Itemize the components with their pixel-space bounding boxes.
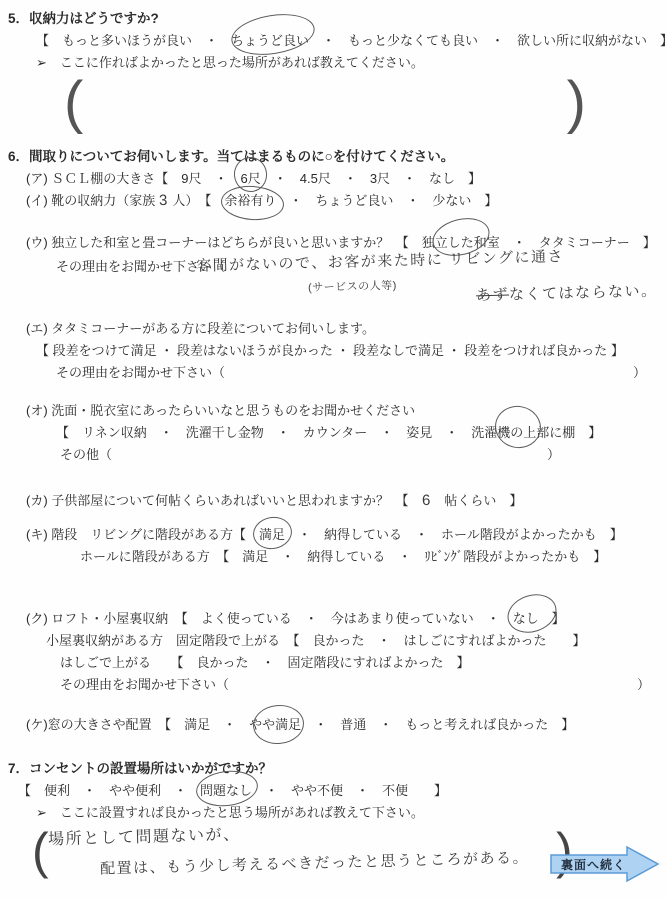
q6b-p2: 人） 【 bbox=[169, 193, 225, 208]
survey-content: 5．収納力はどうですか? 【 もっと多いほうが良い ・ ちょうど良い ・ もっと… bbox=[0, 0, 667, 890]
q7-circled-choice: 問題なし bbox=[200, 780, 252, 802]
q6c-reason-area: その理由をお聞かせ下さい（ 客間がないので、お客が来た時に リビングに通さ (サ… bbox=[56, 256, 659, 318]
q5-options-post: ・ もっと少なくても良い ・ 欲しい所に収納がない 】 bbox=[309, 33, 667, 48]
q5-answer-area: ( ) bbox=[64, 78, 586, 130]
q6d-reason-row: その理由をお聞かせ下さい（ ） bbox=[56, 362, 646, 384]
q6g-pre: (キ) 階段 リビングに階段がある方【 bbox=[26, 527, 259, 542]
q6h-row3: はしごで上がる 【 良かった ・ 固定階段にすればよかった 】 bbox=[60, 652, 659, 674]
q5-prompt: ➢ ここに作ればよかったと思った場所があれば教えてください。 bbox=[36, 52, 659, 74]
q6h-pre: (ク) ロフト・小屋裏収納 【 よく使っている ・ 今はあまり使っていない ・ bbox=[26, 611, 513, 626]
q6a-circled-choice: 6尺 bbox=[241, 168, 261, 190]
q6f-row: (カ) 子供部屋について何帖くらいあればいいと思われますか？ 【 6 帖くらい … bbox=[26, 490, 659, 512]
q6h-row1: (ク) ロフト・小屋裏収納 【 よく使っている ・ 今はあまり使っていない ・ … bbox=[26, 608, 659, 630]
q6d-line1: (エ) タタミコーナーがある方に段差についてお伺いします。 bbox=[26, 318, 659, 340]
q7-handwritten-line2: 配置は、もう少し考えるべきだったと思うところがある。 bbox=[100, 846, 529, 878]
q5-options: 【 もっと多いほうが良い ・ ちょうど良い ・ もっと少なくても良い ・ 欲しい… bbox=[36, 30, 659, 52]
q6f-post: 帖くらい 】 bbox=[431, 493, 522, 508]
q6f-pre: (カ) 子供部屋について何帖くらいあればいいと思われますか？ 【 bbox=[26, 493, 422, 508]
q5-title: 5．収納力はどうですか? bbox=[8, 8, 659, 30]
q6h-reason-row: その理由をお聞かせ下さい（ ） bbox=[60, 674, 650, 696]
q6h-circled-label: なし bbox=[513, 611, 539, 626]
q7-circled-label: 問題なし bbox=[200, 783, 252, 798]
q7-prompt: ➢ ここに設置すれば良かったと思う場所があれば教えて下さい。 bbox=[36, 802, 659, 824]
q6e-other-row: その他（ ） bbox=[60, 444, 560, 466]
q6i-row: (ケ)窓の大きさや配置 【 満足 ・ やや満足 ・ 普通 ・ もっと考えれば良か… bbox=[26, 714, 659, 736]
q6a-post: ・ 4.5尺 ・ 3尺 ・ なし 】 bbox=[261, 171, 481, 186]
q6i-post: ・ 普通 ・ もっと考えれば良かった 】 bbox=[301, 717, 574, 732]
q7-title: 7．コンセントの設置場所はいかがですか？ bbox=[8, 758, 659, 780]
q6i-circled-choice: やや満足 bbox=[249, 714, 301, 736]
q7-answer-paren-left: ( bbox=[32, 824, 49, 878]
q6e-pre: 【 リネン収納 ・ 洗濯干し金物 ・ カウンター ・ 姿見 ・ bbox=[56, 425, 471, 440]
q6d-line2: 【 段差をつけて満足 ・ 段差はないほうが良かった ・ 段差なしで満足 ・ 段差… bbox=[36, 340, 659, 362]
q6h-post: 】 bbox=[539, 611, 565, 626]
q6e-other-open: その他（ bbox=[60, 444, 112, 466]
q6f-handwritten-number: 6 bbox=[421, 490, 431, 512]
continue-arrow-label: 裏面へ続く bbox=[561, 856, 626, 873]
q6b-p3: ・ ちょうど良い ・ 少ない 】 bbox=[276, 193, 497, 208]
q6b-row: (イ) 靴の収納力（家族 3 人） 【 余裕有り ・ ちょうど良い ・ 少ない … bbox=[26, 190, 659, 212]
q6g-circled-label: 満足 bbox=[259, 527, 285, 542]
q6a-circled-label: 6尺 bbox=[241, 171, 261, 186]
q6c-struck-text: あず bbox=[476, 287, 509, 305]
q6g-circled-choice: 満足 bbox=[259, 524, 285, 546]
q6b-circled-label: 余裕有り bbox=[224, 193, 276, 208]
q6i-pre: (ケ)窓の大きさや配置 【 満足 ・ bbox=[26, 717, 249, 732]
continue-arrow: 裏面へ続く bbox=[549, 844, 661, 884]
q7-pre: 【 便利 ・ やや便利 ・ bbox=[18, 783, 200, 798]
q6e-post: 】 bbox=[575, 425, 601, 440]
q7-post: ・ やや不便 ・ 不便 】 bbox=[252, 783, 447, 798]
q5-answer-paren-right: ) bbox=[567, 74, 586, 132]
q6i-circled-label: やや満足 bbox=[249, 717, 301, 732]
q6e-circled-choice: 洗濯機の上部に棚 bbox=[471, 422, 575, 444]
q6e-other-close: ） bbox=[547, 444, 560, 466]
q6d-reason-open: その理由をお聞かせ下さい（ bbox=[56, 362, 225, 384]
q7-handwritten-line1: 場所として問題ないが、 bbox=[48, 821, 241, 849]
q6-title: 6．間取りについてお伺いします。当てはまるものに○を付けてください。 bbox=[8, 146, 659, 168]
q6b-circled-choice: 余裕有り bbox=[224, 190, 276, 212]
q7-options: 【 便利 ・ やや便利 ・ 問題なし ・ やや不便 ・ 不便 】 bbox=[18, 780, 659, 802]
q6c-handwritten-aside: (サービスの人等) bbox=[308, 277, 397, 295]
q6a-row: (ア) ＳＣＬ棚の大きさ【 9尺 ・ 6尺 ・ 4.5尺 ・ 3尺 ・ なし 】 bbox=[26, 168, 659, 190]
q6h-reason-close: ） bbox=[637, 674, 650, 696]
survey-page: 5．収納力はどうですか? 【 もっと多いほうが良い ・ ちょうど良い ・ もっと… bbox=[0, 0, 667, 900]
q6c-pre: (ウ) 独立した和室と畳コーナーはどちらが良いと思いますか？ 【 bbox=[26, 235, 422, 250]
q6c-line2-rest: なくてはならない。 bbox=[509, 283, 658, 304]
q5-circled-label: ちょうど良い bbox=[231, 33, 309, 48]
q6g-row2: ホールに階段がある方 【 満足 ・ 納得している ・ ﾘﾋﾞﾝｸﾞ階段がよかった… bbox=[80, 546, 659, 568]
q6d-reason-close: ） bbox=[633, 362, 646, 384]
q6g-post: ・ 納得している ・ ホール階段がよかったかも 】 bbox=[285, 527, 623, 542]
q6h-row2: 小屋裏収納がある方 固定階段で上がる 【 良かった ・ はしごにすればよかった … bbox=[46, 630, 659, 652]
q6e-circled-label: 洗濯機の上部に棚 bbox=[471, 425, 575, 440]
q6g-row1: (キ) 階段 リビングに階段がある方【 満足 ・ 納得している ・ ホール階段が… bbox=[26, 524, 659, 546]
q5-options-pre: 【 もっと多いほうが良い ・ bbox=[36, 33, 231, 48]
q5-circled-choice: ちょうど良い bbox=[231, 30, 309, 52]
q6h-reason-open: その理由をお聞かせ下さい（ bbox=[60, 674, 229, 696]
q5-answer-paren-left: ( bbox=[64, 74, 83, 132]
q6e-options: 【 リネン収納 ・ 洗濯干し金物 ・ カウンター ・ 姿見 ・ 洗濯機の上部に棚… bbox=[56, 422, 659, 444]
q6e-line1: (オ) 洗面・脱衣室にあったらいいなと思うものをお聞かせください bbox=[26, 400, 659, 422]
q6b-p1: (イ) 靴の収納力（家族 bbox=[26, 193, 159, 208]
q6b-handwritten-number: 3 bbox=[159, 190, 169, 212]
q6h-circled-choice: なし bbox=[513, 608, 539, 630]
q6a-pre: (ア) ＳＣＬ棚の大きさ【 9尺 ・ bbox=[26, 171, 241, 186]
q6c-handwritten-line2: あずなくてはならない。 bbox=[476, 280, 658, 306]
